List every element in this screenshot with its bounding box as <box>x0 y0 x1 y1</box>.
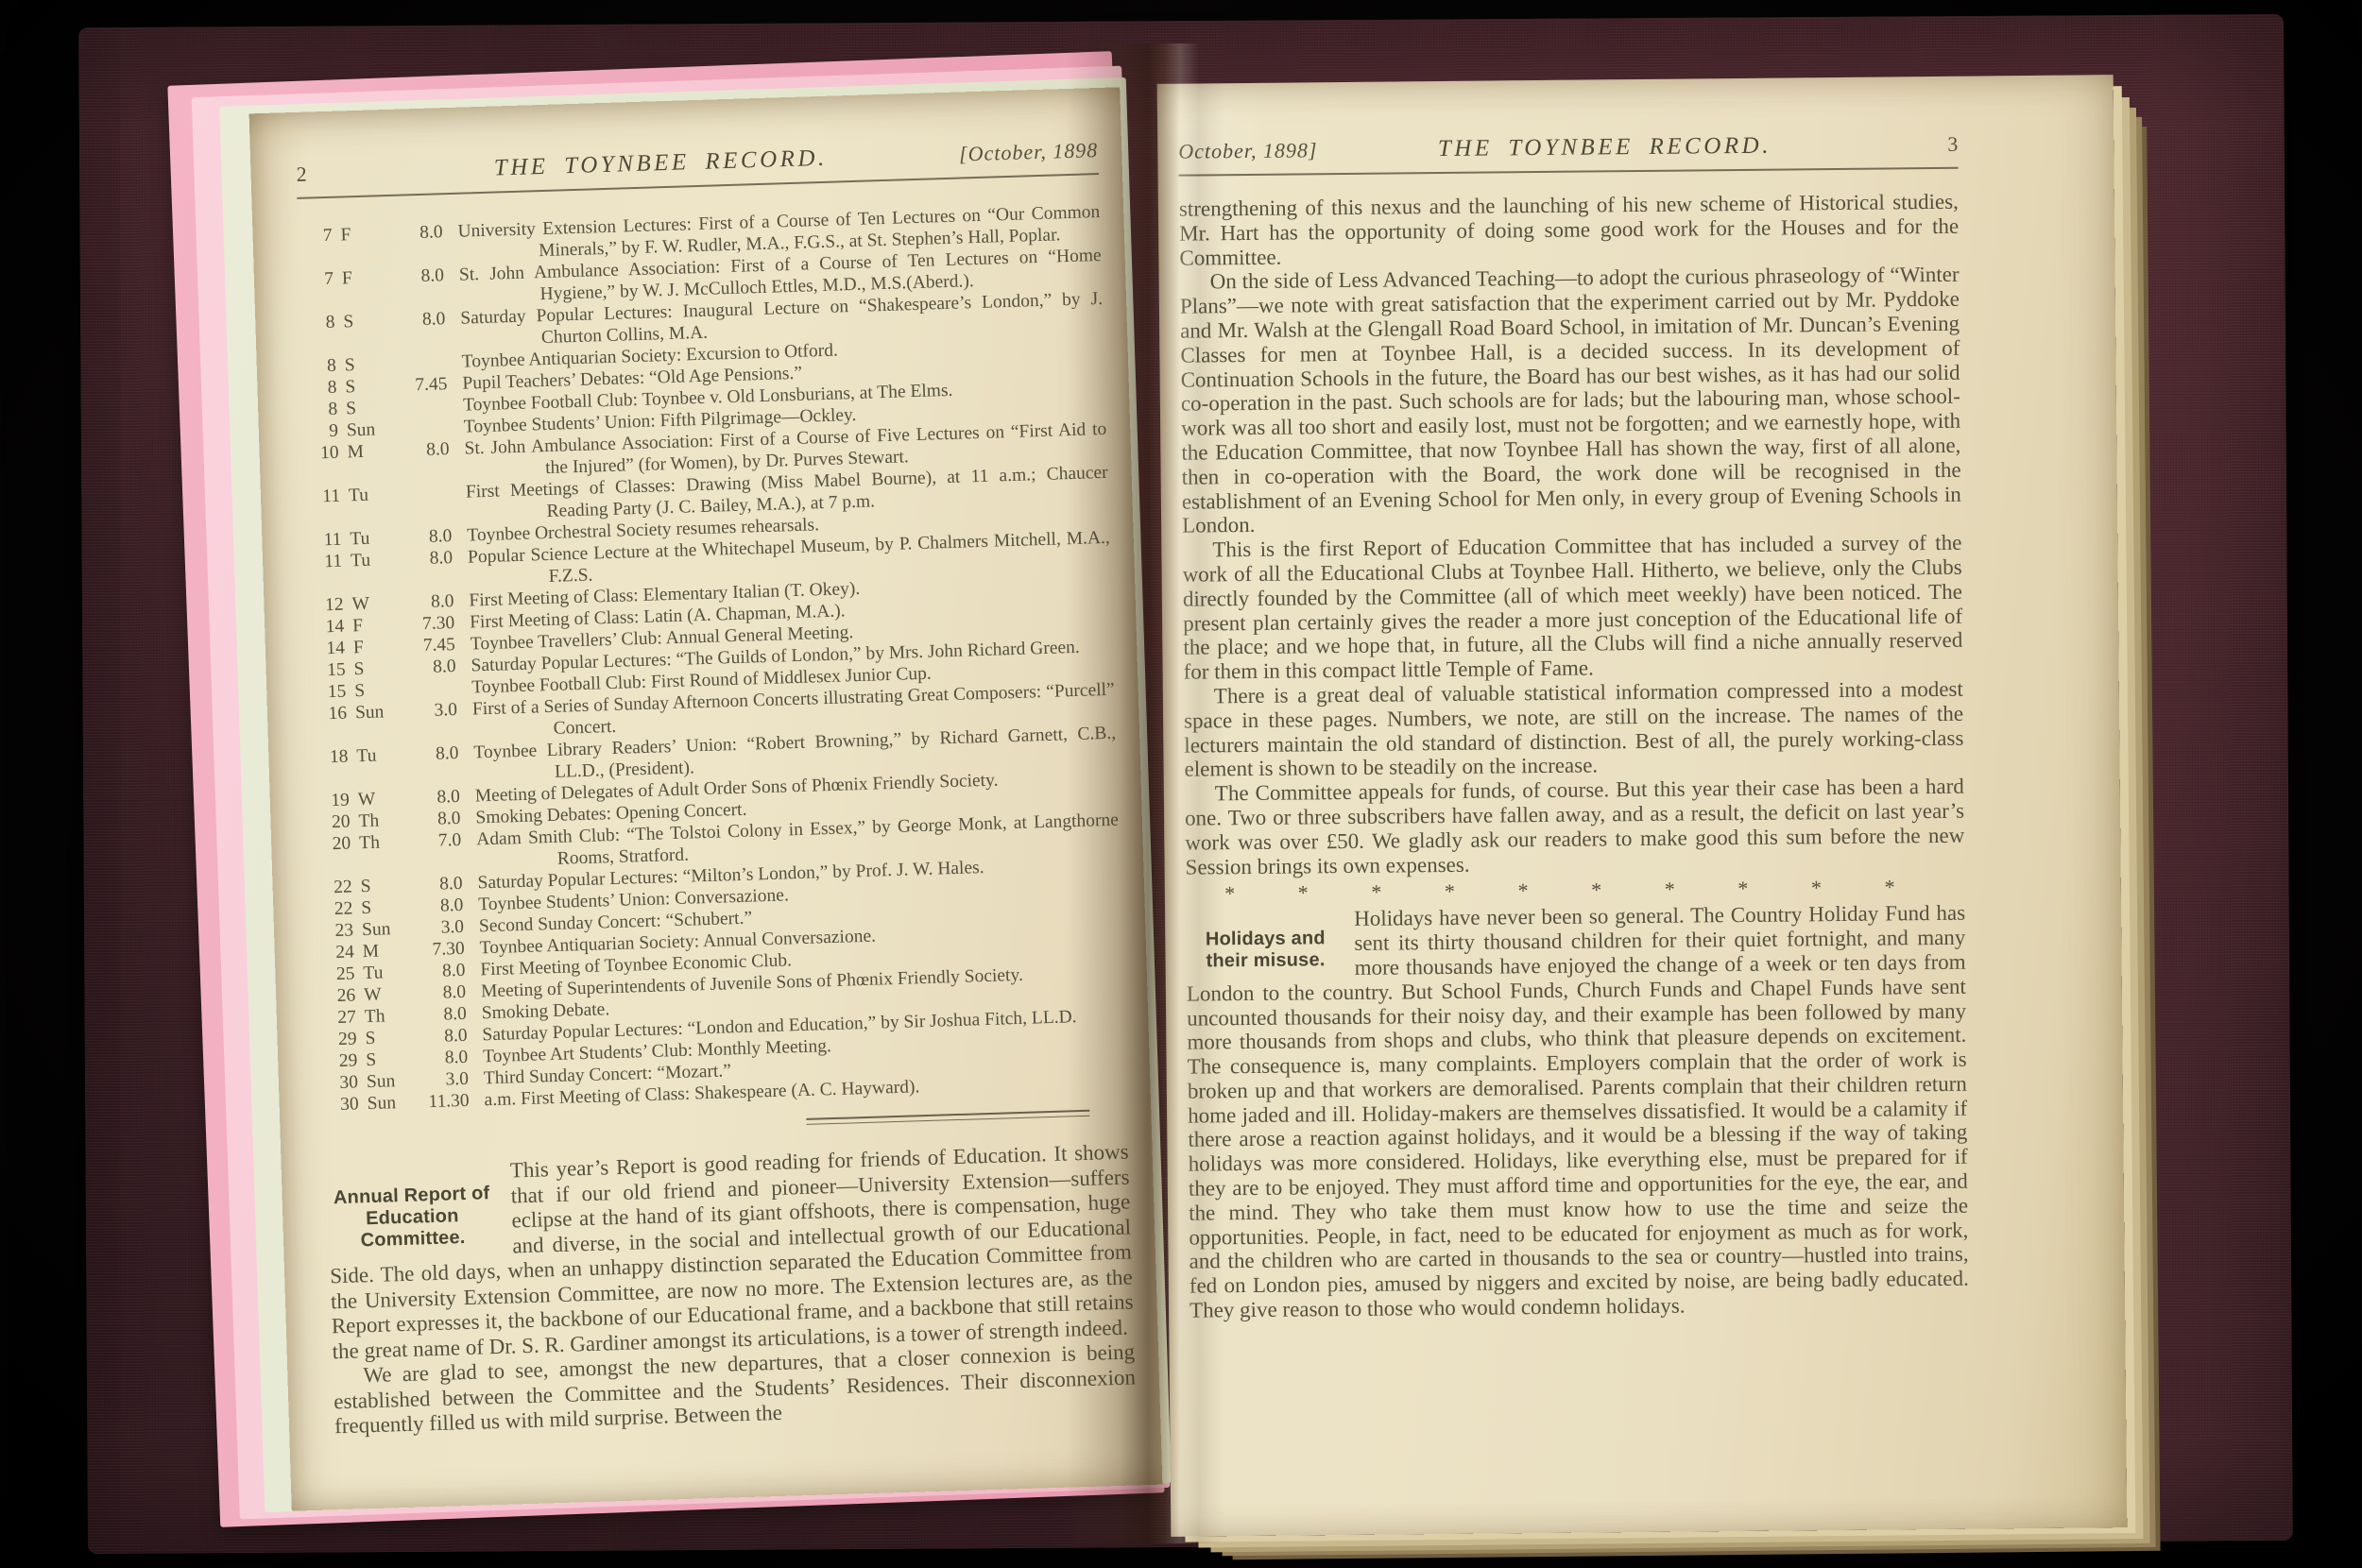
schedule-weekday: Sun <box>347 418 395 442</box>
schedule-time: 7.45 <box>401 634 456 657</box>
schedule-weekday: F <box>352 614 401 638</box>
schedule-day: 27 <box>322 1006 357 1029</box>
schedule-day: 10 <box>304 442 339 465</box>
left-page-commentary: Annual Report of Education Committee. Th… <box>327 1140 1138 1440</box>
journal-title: THE TOYNBEE RECORD. <box>1317 131 1891 163</box>
schedule-time: 8.0 <box>405 808 461 831</box>
schedule-day: 25 <box>320 963 355 985</box>
schedule-weekday: Tu <box>363 962 411 985</box>
schedule-day: 8 <box>300 312 335 334</box>
paragraph: There is a great deal of valuable statis… <box>1184 677 1964 782</box>
schedule-day: 20 <box>317 833 351 856</box>
schedule-day: 11 <box>307 529 342 552</box>
schedule-time: 8.0 <box>389 264 445 288</box>
schedule-time: 8.0 <box>401 656 456 679</box>
asterisk: * <box>1298 881 1309 905</box>
schedule-day: 12 <box>309 594 344 617</box>
schedule-time: 8.0 <box>410 960 466 983</box>
schedule-day: 19 <box>316 790 351 812</box>
schedule-time: 8.0 <box>407 873 463 896</box>
schedule-weekday: S <box>360 875 408 898</box>
issue-date: [October, 1898 <box>959 138 1099 166</box>
schedule-time <box>394 433 449 435</box>
schedule-day: 16 <box>313 703 348 725</box>
schedule-time: 3.0 <box>409 916 465 940</box>
schedule-time: 8.0 <box>403 742 459 766</box>
asterisk: * <box>1737 877 1748 900</box>
schedule-weekday: Tu <box>351 549 399 572</box>
schedule-weekday: M <box>347 440 395 464</box>
schedule-time <box>392 367 447 369</box>
schedule-time: 7.0 <box>406 829 462 853</box>
paragraph-text: This year’s Report is good reading for f… <box>330 1140 1134 1363</box>
schedule-time: 3.0 <box>414 1068 470 1092</box>
asterisk: * <box>1665 878 1675 901</box>
schedule-day: 8 <box>302 377 337 400</box>
schedule-time: 8.0 <box>387 221 443 245</box>
left-page: 2 THE TOYNBEE RECORD. [October, 1898 7 F… <box>249 87 1163 1510</box>
asterisk: * <box>1517 878 1528 902</box>
paragraph: Annual Report of Education Committee. Th… <box>327 1140 1135 1365</box>
right-page: October, 1898] THE TOYNBEE RECORD. 3 str… <box>1157 75 2128 1537</box>
schedule-day: 30 <box>324 1093 359 1116</box>
schedule-day: 11 <box>308 551 343 573</box>
schedule-time: 8.0 <box>398 547 454 571</box>
asterisk-separator: ********** <box>1224 876 1895 906</box>
schedule-weekday: Tu <box>350 527 398 551</box>
schedule-day: 23 <box>319 919 354 942</box>
schedule-time: 8.0 <box>413 1047 469 1070</box>
schedule-weekday: S <box>361 896 409 920</box>
schedule-time: 8.0 <box>404 786 460 810</box>
asterisk: * <box>1371 880 1381 904</box>
schedule-weekday: Sun <box>362 918 410 942</box>
paragraph: The Committee appeals for funds, of cour… <box>1185 775 1965 879</box>
schedule-day: 29 <box>323 1049 358 1072</box>
schedule-time: 7.45 <box>392 373 448 397</box>
schedule-weekday: S <box>365 1027 413 1050</box>
schedule-day: 9 <box>304 420 339 443</box>
schedule-weekday: S <box>354 679 402 703</box>
schedule-weekday: Tu <box>349 484 397 507</box>
schedule-time: 8.0 <box>408 895 464 918</box>
schedule-weekday: Sun <box>355 701 403 724</box>
schedule-time <box>396 498 451 500</box>
asterisk: * <box>1811 876 1822 899</box>
paragraph: This is the first Report of Education Co… <box>1182 531 1962 685</box>
paragraph: strengthening of this nexus and the laun… <box>1179 190 1960 270</box>
schedule-time: 8.0 <box>390 308 446 332</box>
schedule-day: 24 <box>319 941 354 963</box>
sidenote-annual-report: Annual Report of Education Committee. <box>327 1183 497 1253</box>
schedule-day: 22 <box>318 897 353 920</box>
schedule-weekday: W <box>351 592 400 616</box>
schedule-weekday: S <box>343 310 391 333</box>
schedule-time <box>402 693 456 695</box>
schedule-weekday: Th <box>359 831 407 855</box>
schedule-weekday: S <box>345 375 393 399</box>
schedule-day: 8 <box>303 399 338 421</box>
asterisk: * <box>1445 879 1455 903</box>
page-number: 2 <box>296 161 363 187</box>
asterisk: * <box>1884 876 1894 899</box>
section-divider <box>806 1110 1089 1125</box>
schedule-time <box>393 411 448 413</box>
schedule-day: 8 <box>301 355 336 378</box>
schedule-day: 7 <box>300 268 334 291</box>
asterisk: * <box>1224 881 1235 905</box>
schedule-weekday: Th <box>365 1005 413 1029</box>
schedule-day: 30 <box>324 1071 359 1094</box>
schedule-day: 20 <box>316 811 351 834</box>
header-rule <box>1179 167 1959 177</box>
left-page-header: 2 THE TOYNBEE RECORD. [October, 1898 <box>296 137 1098 188</box>
paragraph: Holidays and their misuse. Holidays have… <box>1186 901 1969 1322</box>
page-number: 3 <box>1891 132 1958 158</box>
right-page-text: strengthening of this nexus and the laun… <box>1179 190 1969 1323</box>
schedule-time: 7.30 <box>400 612 455 636</box>
paragraph: On the side of Less Advanced Teaching—to… <box>1180 263 1962 538</box>
schedule-day: 15 <box>311 659 346 682</box>
schedule-time: 8.0 <box>399 590 454 614</box>
schedule-time: 8.0 <box>411 981 467 1005</box>
schedule-weekday: F <box>353 636 402 659</box>
schedule-weekday: Th <box>358 810 406 833</box>
schedule-day: 29 <box>322 1028 357 1050</box>
schedule-time: 7.30 <box>409 938 465 962</box>
schedule-day: 22 <box>317 876 352 898</box>
schedule-time: 11.30 <box>414 1090 470 1114</box>
schedule-day: 14 <box>311 638 346 660</box>
issue-date: October, 1898] <box>1178 138 1317 163</box>
schedule-time: 8.0 <box>397 525 453 549</box>
schedule-day: 11 <box>306 486 341 508</box>
schedule-weekday: Tu <box>356 744 404 768</box>
schedule-day: 15 <box>312 681 347 704</box>
schedule-weekday: W <box>364 983 412 1007</box>
schedule-weekday: S <box>346 397 394 420</box>
schedule-time: 8.0 <box>412 1003 468 1027</box>
right-page-header: October, 1898] THE TOYNBEE RECORD. 3 <box>1178 131 1958 165</box>
schedule-time: 8.0 <box>394 438 450 462</box>
schedule-weekday: F <box>342 266 390 290</box>
schedule-weekday: M <box>362 940 410 963</box>
schedule-weekday: F <box>340 223 388 247</box>
schedule-weekday: S <box>344 353 392 377</box>
schedule-weekday: S <box>366 1048 414 1072</box>
schedule-weekday: S <box>353 657 402 681</box>
schedule-weekday: Sun <box>367 1070 415 1094</box>
schedule-time: 3.0 <box>402 699 458 723</box>
schedule-weekday: W <box>357 788 405 811</box>
schedule-day: 26 <box>321 984 356 1007</box>
schedule-day: 7 <box>298 225 333 247</box>
events-calendar: 7 F 8.0 University Extension Lectures: F… <box>298 201 1126 1116</box>
schedule-weekday: Sun <box>367 1092 415 1116</box>
photograph-of-open-book: { "book": { "title": "THE TOYNBEE RECORD… <box>0 0 2362 1568</box>
asterisk: * <box>1591 878 1601 902</box>
sidenote-holidays: Holidays and their misuse. <box>1193 928 1337 972</box>
schedule-time: 8.0 <box>412 1025 468 1048</box>
schedule-day: 14 <box>310 616 345 639</box>
schedule-day: 18 <box>314 746 349 769</box>
